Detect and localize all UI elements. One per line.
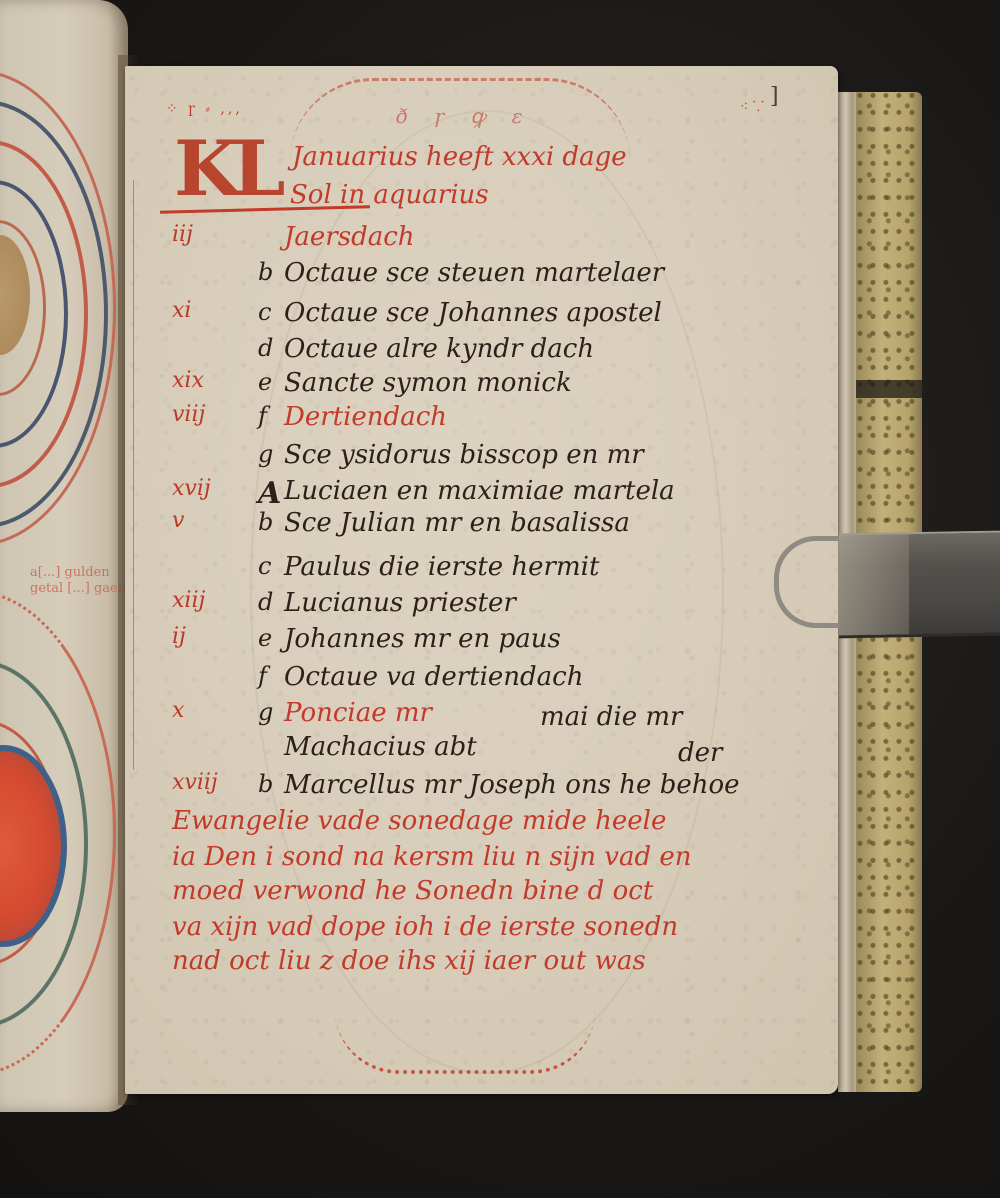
feast-name: Lucianus priester [284,588,516,618]
calendar-row: xiij d Lucianus priester [172,588,772,624]
rubric-line: nad oct liu z doe ihs xij iaer out was [172,946,646,976]
calendar-row: Machacius abt der [172,732,772,768]
top-right-red-marks: ⁖ ⸪ [740,100,764,114]
calendar-row: x g Ponciae mr mai die mr [172,698,772,734]
golden-number: xix [172,368,236,393]
ruling-line [133,180,134,770]
feast-name: Marcellus mr Joseph ons he behoe [284,770,740,800]
facing-page-left: a[...] gulden getal [...] gaen [0,0,128,1112]
top-left-marks: ⁘ ɼ ⸗ ,,, [166,102,243,116]
calendar-row: b Octaue sce steuen martelaer [172,258,772,294]
golden-number: xvij [172,476,236,501]
feast-name: Jaersdach [284,222,415,252]
page-clip-weight [839,531,1000,639]
dominical-letter: d [258,588,278,616]
feast-name: Machacius abt [284,732,477,762]
calendar-row: c Paulus die ierste hermit [172,552,772,588]
feast-continuation: der [678,738,722,768]
dominical-letter-red: A [258,476,278,511]
calendar-row: xviij b Marcellus mr Joseph ons he behoe [172,770,772,806]
feast-name: Sce ysidorus bisscop en mr [284,440,644,470]
rubric-line: ia Den i sond na kersm liu n sijn vad en [172,842,692,872]
feast-name-rubric: Dertiendach [284,402,447,432]
golden-number: iij [172,222,236,247]
dominical-letter: b [258,258,278,286]
dominical-letter: f [258,402,278,430]
dominical-letter: e [258,624,278,652]
calendar-row: f Octaue va dertiendach [172,662,772,698]
feast-name: Luciaen en maximiae martela [284,476,675,506]
rubric-line: va xijn vad dope ioh i de ierste sonedn [172,912,678,942]
rubric-line: Ewangelie vade sonedage mide heele [172,806,666,836]
dominical-letter: e [258,368,278,396]
feast-name: Sce Julian mr en basalissa [284,508,630,538]
kl-initial: KL [174,130,264,208]
feast-name: Sancte symon monick [284,368,572,398]
calendar-row: xix e Sancte symon monick [172,368,772,404]
feast-name: Octaue sce Johannes apostel [284,298,662,328]
golden-number: viij [172,402,236,427]
dominical-letter: c [258,552,278,580]
zodiac-heading: Sol in aquarius [290,182,489,208]
rubric-line: moed verwond he Sonedn bine d oct [172,876,653,906]
feast-name: Octaue alre kyndr dach [284,334,594,364]
dominical-letter: g [258,698,278,726]
calendar-row: ij e Johannes mr en paus [172,624,772,660]
dominical-letter: g [258,440,278,468]
feast-name: Johannes mr en paus [284,624,561,654]
strap-shadow [856,380,922,398]
calendar-row: d Octaue alre kyndr dach [172,334,772,370]
feast-continuation: mai die mr [540,702,682,732]
dominical-letter: d [258,334,278,362]
calendar-row: iij Jaersdach [172,222,772,258]
top-numerals: ð ɼ ꝙ ɛ [396,106,532,126]
calendar-row: viij f Dertiendach [172,402,772,438]
dominical-letter: b [258,770,278,798]
folio-mark: ] [770,86,779,108]
feast-name: Octaue sce steuen martelaer [284,258,664,288]
feast-name: Octaue va dertiendach [284,662,583,692]
golden-number: ij [172,624,236,649]
dominical-letter: c [258,298,278,326]
calendar-row: g Sce ysidorus bisscop en mr [172,440,772,476]
left-page-fragment-text: a[...] gulden getal [...] gaen [30,565,128,596]
golden-number: xi [172,298,236,323]
calendar-row: v b Sce Julian mr en basalissa [172,508,772,544]
month-heading: Januarius heeft xxxi dage [292,144,627,170]
golden-number: xiij [172,588,236,613]
dominical-letter: b [258,508,278,536]
bottom-dotted-arc [335,1010,595,1074]
dominical-letter: f [258,662,278,690]
golden-number: x [172,698,236,723]
feast-name-rubric: Ponciae mr [284,698,432,728]
calendar-row: xi c Octaue sce Johannes apostel [172,298,772,334]
feast-name: Paulus die ierste hermit [284,552,599,582]
calendar-row: xvij A Luciaen en maximiae martela [172,476,772,512]
golden-number: xviij [172,770,236,795]
golden-number: v [172,508,236,533]
